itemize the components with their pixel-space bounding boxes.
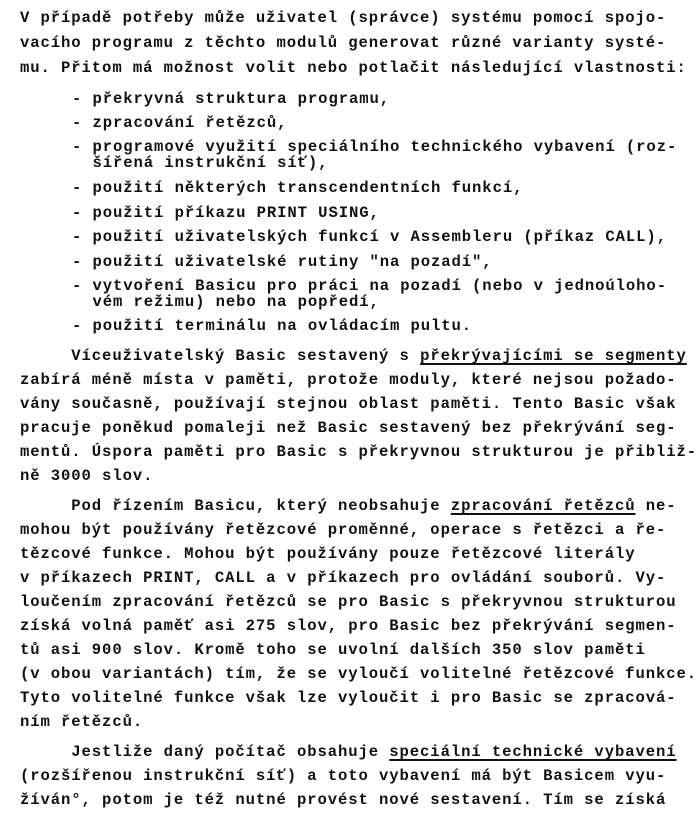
underlined-term: zpracování řetězců: [451, 497, 636, 515]
intro-line: mu. Přitom má možnost volit nebo potlači…: [20, 59, 687, 77]
underlined-term: překrývajícími se segmenty: [420, 347, 687, 365]
para1-line: ně 3000 slov.: [20, 467, 153, 485]
para1-line: zabírá méně místa v paměti, protože modu…: [20, 371, 677, 389]
option-item-cont: šířená instrukční síť),: [72, 154, 328, 172]
option-item: - použití uživatelských funkcí v Assembl…: [72, 228, 667, 246]
para1-line: pracuje poněkud pomaleji než Basic sesta…: [20, 419, 677, 437]
option-item: - použití příkazu PRINT USING,: [72, 204, 380, 222]
option-item: - použití terminálu na ovládacím pultu.: [72, 317, 472, 335]
para2-text: ne-: [635, 497, 676, 515]
para3-first-line: Jestliže daný počítač obsahuje speciální…: [20, 743, 677, 761]
para3-line: (rozšířenou instrukční síť) a toto vybav…: [20, 767, 666, 785]
para2-line: Tyto volitelné funkce však lze vyloučit …: [20, 689, 677, 707]
para1-line: mentů. Úspora paměti pro Basic s překryv…: [20, 443, 697, 461]
para2-line: (v obou variantách) tím, že se vyloučí v…: [20, 665, 697, 683]
para2-first-line: Pod řízením Basicu, který neobsahuje zpr…: [20, 497, 677, 515]
typewritten-page: V případě potřeby může uživatel (správce…: [0, 0, 699, 820]
para3-text: Jestliže daný počítač obsahuje: [20, 743, 389, 761]
underlined-term: speciální technické vybavení: [389, 743, 676, 761]
para3-line: žíván°, potom je též nutné provést nové …: [20, 791, 666, 809]
option-item: - použití některých transcendentních fun…: [72, 179, 523, 197]
para2-line: tězcové funkce. Mohou být používány pouz…: [20, 545, 635, 563]
para1-first-line: Víceuživatelský Basic sestavený s překrý…: [20, 347, 687, 365]
option-item: - zpracování řetězců,: [72, 114, 287, 132]
para1-text: Víceuživatelský Basic sestavený s: [20, 347, 420, 365]
para2-line: tů asi 900 slov. Kromě toho se uvolní da…: [20, 641, 646, 659]
para2-line: mohou být používány řetězcové proměnné, …: [20, 521, 666, 539]
para2-line: v příkazech PRINT, CALL a v příkazech pr…: [20, 569, 666, 587]
option-item-cont: vém režimu) nebo na popředí,: [72, 293, 380, 311]
para1-line: vány současně, používají stejnou oblast …: [20, 395, 677, 413]
intro-line: V případě potřeby může uživatel (správce…: [20, 9, 666, 27]
para2-text: Pod řízením Basicu, který neobsahuje: [20, 497, 451, 515]
option-item: - překryvná struktura programu,: [72, 90, 390, 108]
para2-line: loučením zpracování řetězců se pro Basic…: [20, 593, 677, 611]
para2-line: ním řetězců.: [20, 713, 143, 731]
para2-line: získá volná paměť asi 275 slov, pro Basi…: [20, 617, 677, 635]
intro-line: vacího programu z těchto modulů generova…: [20, 34, 666, 52]
option-item: - použití uživatelské rutiny "na pozadí"…: [72, 253, 493, 271]
